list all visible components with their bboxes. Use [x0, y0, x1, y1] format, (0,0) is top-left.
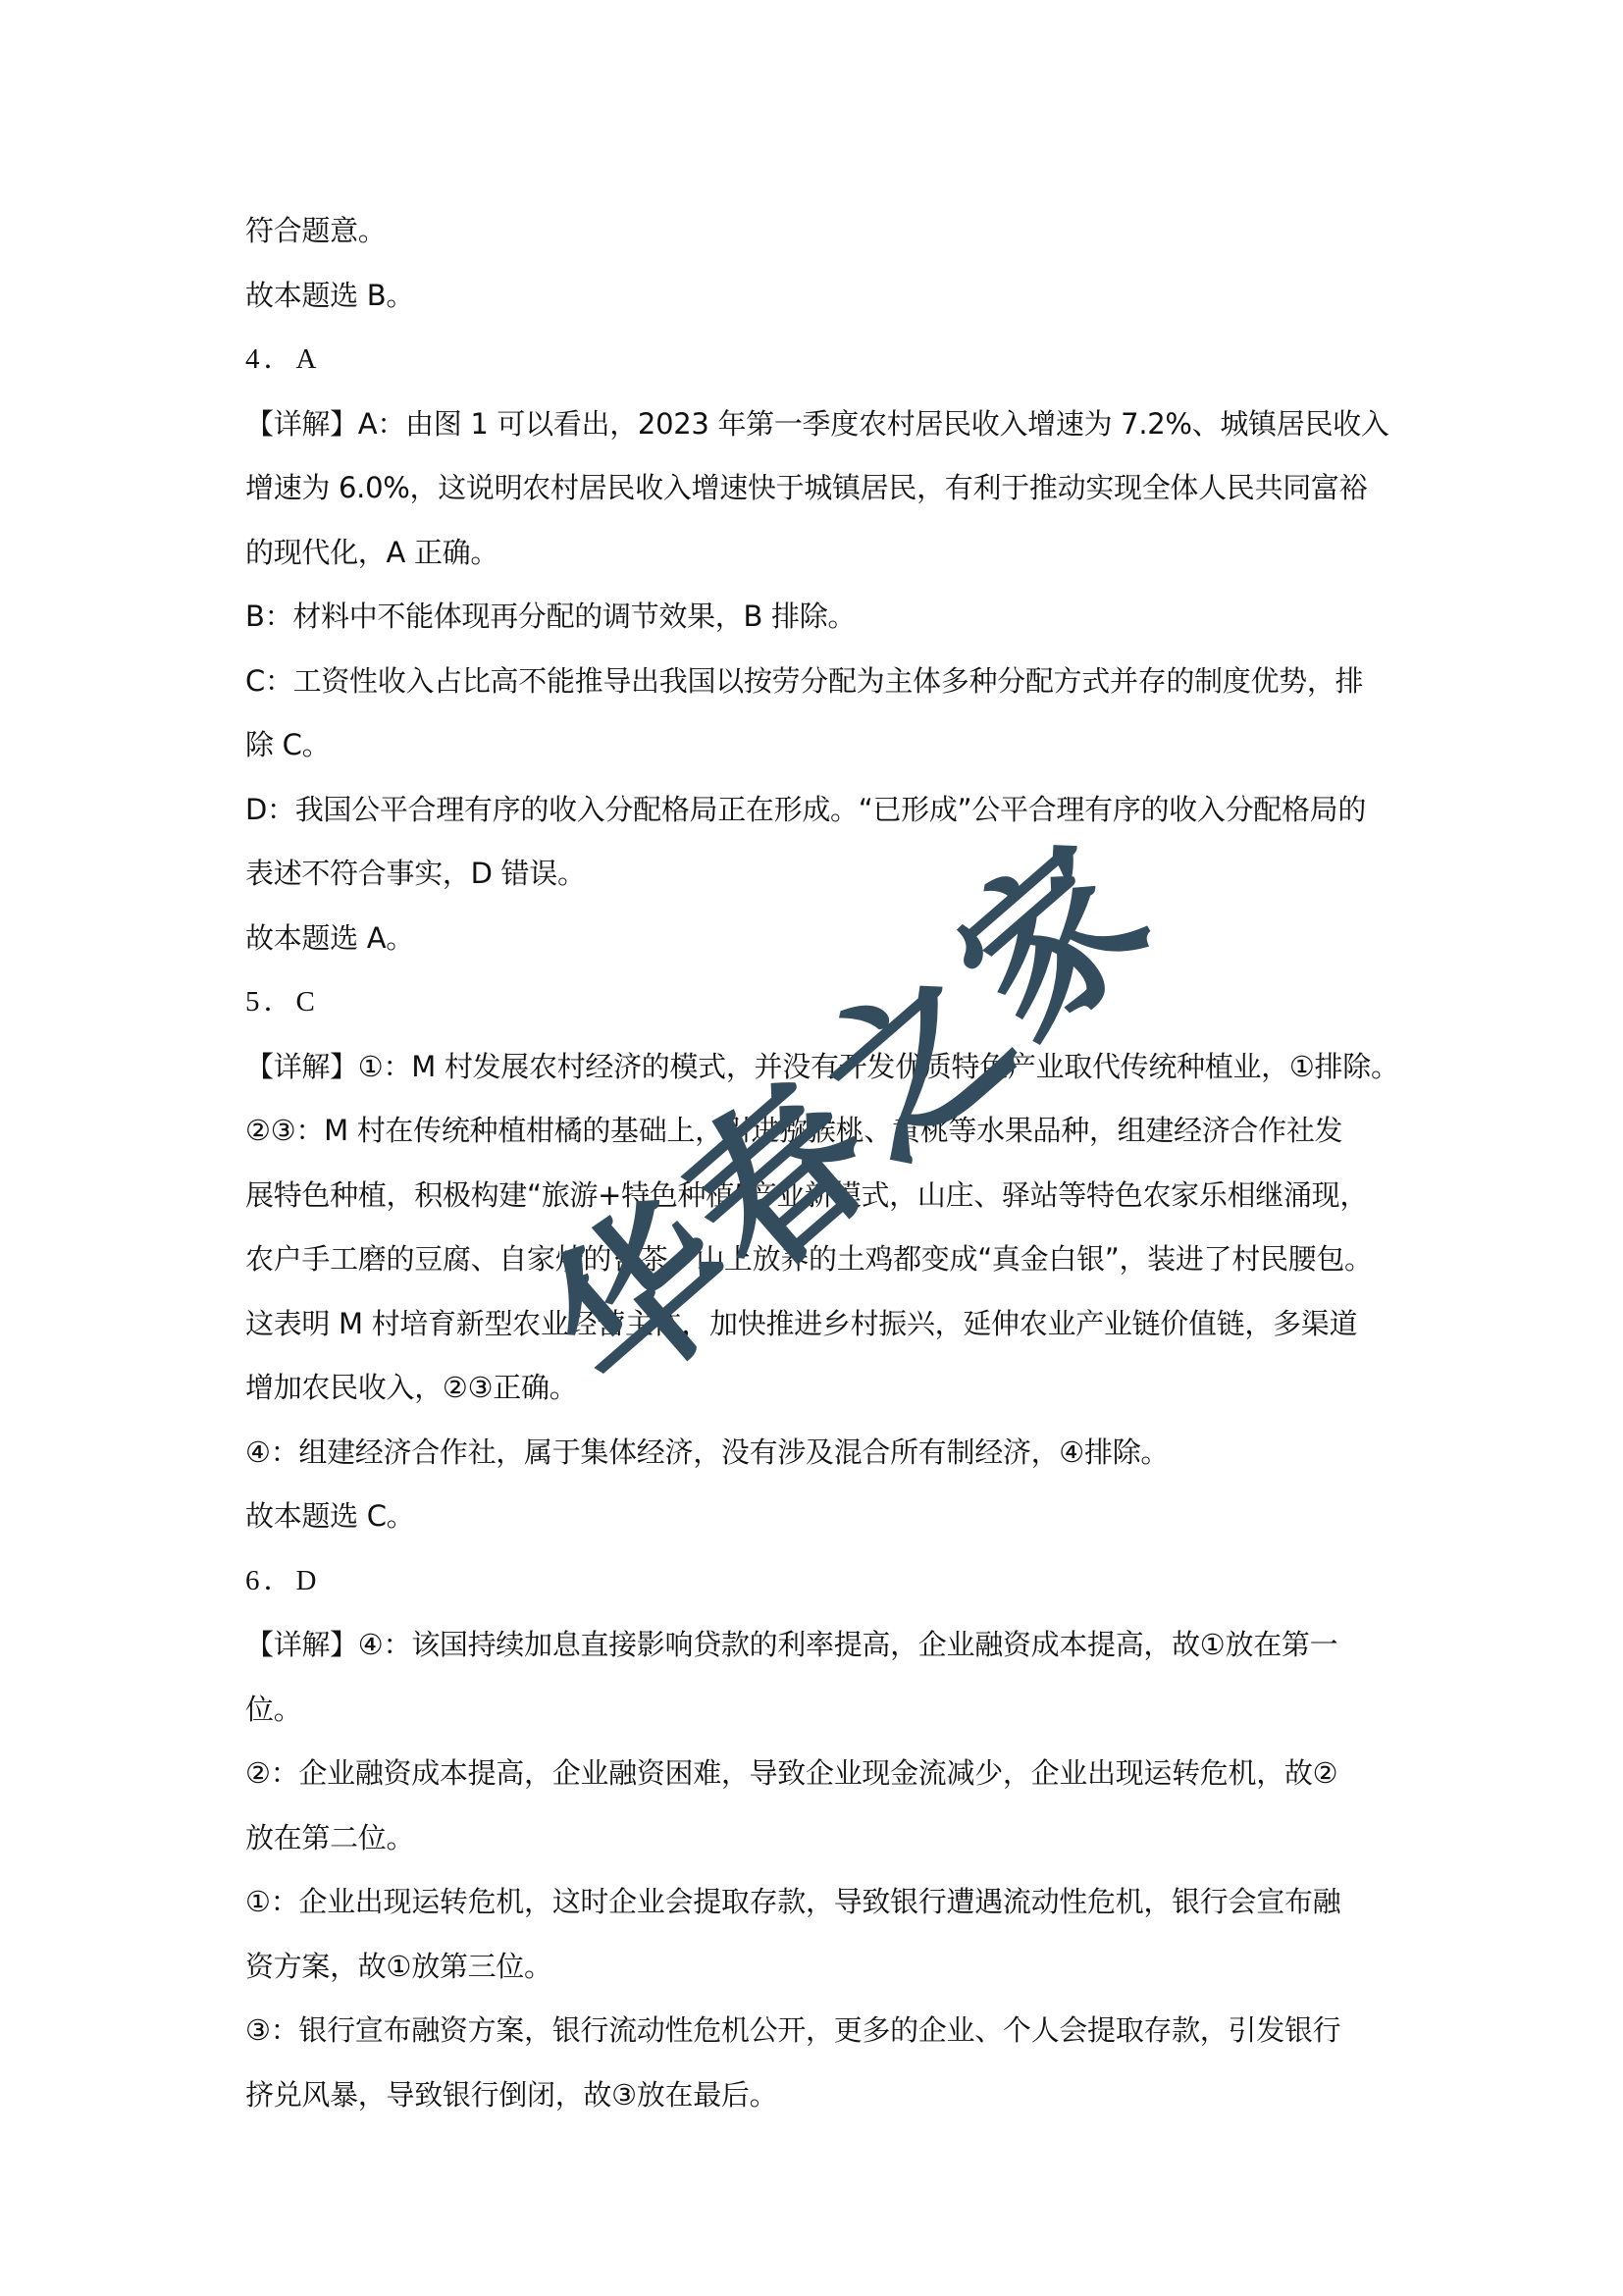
question-6-answer: 6．D: [245, 1557, 1393, 1622]
q4-explanation-b: B：材料中不能体现再分配的调节效果，B 排除。: [245, 593, 1393, 657]
q6-explanation-2-line-1: ②：企业融资成本提高，企业融资困难，导致企业现金流减少，企业出现运转危机，故②: [245, 1749, 1393, 1814]
q5-explanation-23-line-5: 增加农民收入，②③正确。: [245, 1364, 1393, 1429]
question-5-answer: 5．C: [245, 978, 1393, 1043]
q4-explanation-d-line-1: D：我国公平合理有序的收入分配格局正在形成。“已形成”公平合理有序的收入分配格局…: [245, 786, 1393, 851]
q6-explanation-1-line-2: 资方案，故①放第三位。: [245, 1943, 1393, 2008]
answer-choice-q4: 故本题选 A。: [245, 914, 1393, 979]
answer-explanation-body: 符合题意。 故本题选 B。 4．A 【详解】A：由图 1 可以看出，2023 年…: [245, 207, 1393, 2135]
q4-explanation-a-line-3: 的现代化，A 正确。: [245, 529, 1393, 594]
q5-explanation-23-line-3: 农户手工磨的豆腐、自家炒的苔茶、山上放养的土鸡都变成“真金白银”，装进了村民腰包…: [245, 1235, 1393, 1300]
q5-explanation-4: ④：组建经济合作社，属于集体经济，没有涉及混合所有制经济，④排除。: [245, 1429, 1393, 1493]
q5-explanation-23-line-1: ②③：M 村在传统种植柑橘的基础上，引进猕猴桃、黄桃等水果品种，组建经济合作社发: [245, 1107, 1393, 1172]
answer-choice-q5: 故本题选 C。: [245, 1492, 1393, 1557]
q4-explanation-c-line-1: C：工资性收入占比高不能推导出我国以按劳分配为主体多种分配方式并存的制度优势，排: [245, 657, 1393, 722]
q6-explanation-3-line-1: ③：银行宣布融资方案，银行流动性危机公开，更多的企业、个人会提取存款，引发银行: [245, 2007, 1393, 2071]
question-4-answer: 4．A: [245, 336, 1393, 400]
q5-explanation-23-line-2: 展特色种植，积极构建“旅游+特色种植”产业新模式，山庄、驿站等特色农家乐相继涌现…: [245, 1172, 1393, 1236]
q5-explanation-23-line-4: 这表明 M 村培育新型农业经营主体，加快推进乡村振兴，延伸农业产业链价值链，多渠…: [245, 1300, 1393, 1365]
q6-explanation-1-line-1: ①：企业出现运转危机，这时企业会提取存款，导致银行遭遇流动性危机，银行会宣布融: [245, 1878, 1393, 1943]
q4-explanation-c-line-2: 除 C。: [245, 721, 1393, 786]
q6-explanation-4-line-2: 位。: [245, 1686, 1393, 1750]
q5-explanation-1: 【详解】①：M 村发展农村经济的模式，并没有开发优质特色产业取代传统种植业，①排…: [245, 1043, 1393, 1108]
q6-explanation-4-line-1: 【详解】④：该国持续加息直接影响贷款的利率提高，企业融资成本提高，故①放在第一: [245, 1621, 1393, 1686]
document-page: 符合题意。 故本题选 B。 4．A 【详解】A：由图 1 可以看出，2023 年…: [0, 0, 1623, 2296]
q4-explanation-a-line-2: 增速为 6.0%，这说明农村居民收入增速快于城镇居民，有利于推动实现全体人民共同…: [245, 464, 1393, 529]
q4-explanation-d-line-2: 表述不符合事实，D 错误。: [245, 850, 1393, 914]
q6-explanation-3-line-2: 挤兑风暴，导致银行倒闭，故③放在最后。: [245, 2071, 1393, 2136]
text-line-conclusion-q3: 符合题意。: [245, 207, 1393, 272]
q6-explanation-2-line-2: 放在第二位。: [245, 1814, 1393, 1879]
answer-choice-q3: 故本题选 B。: [245, 272, 1393, 337]
q4-explanation-a-line-1: 【详解】A：由图 1 可以看出，2023 年第一季度农村居民收入增速为 7.2%…: [245, 400, 1393, 465]
